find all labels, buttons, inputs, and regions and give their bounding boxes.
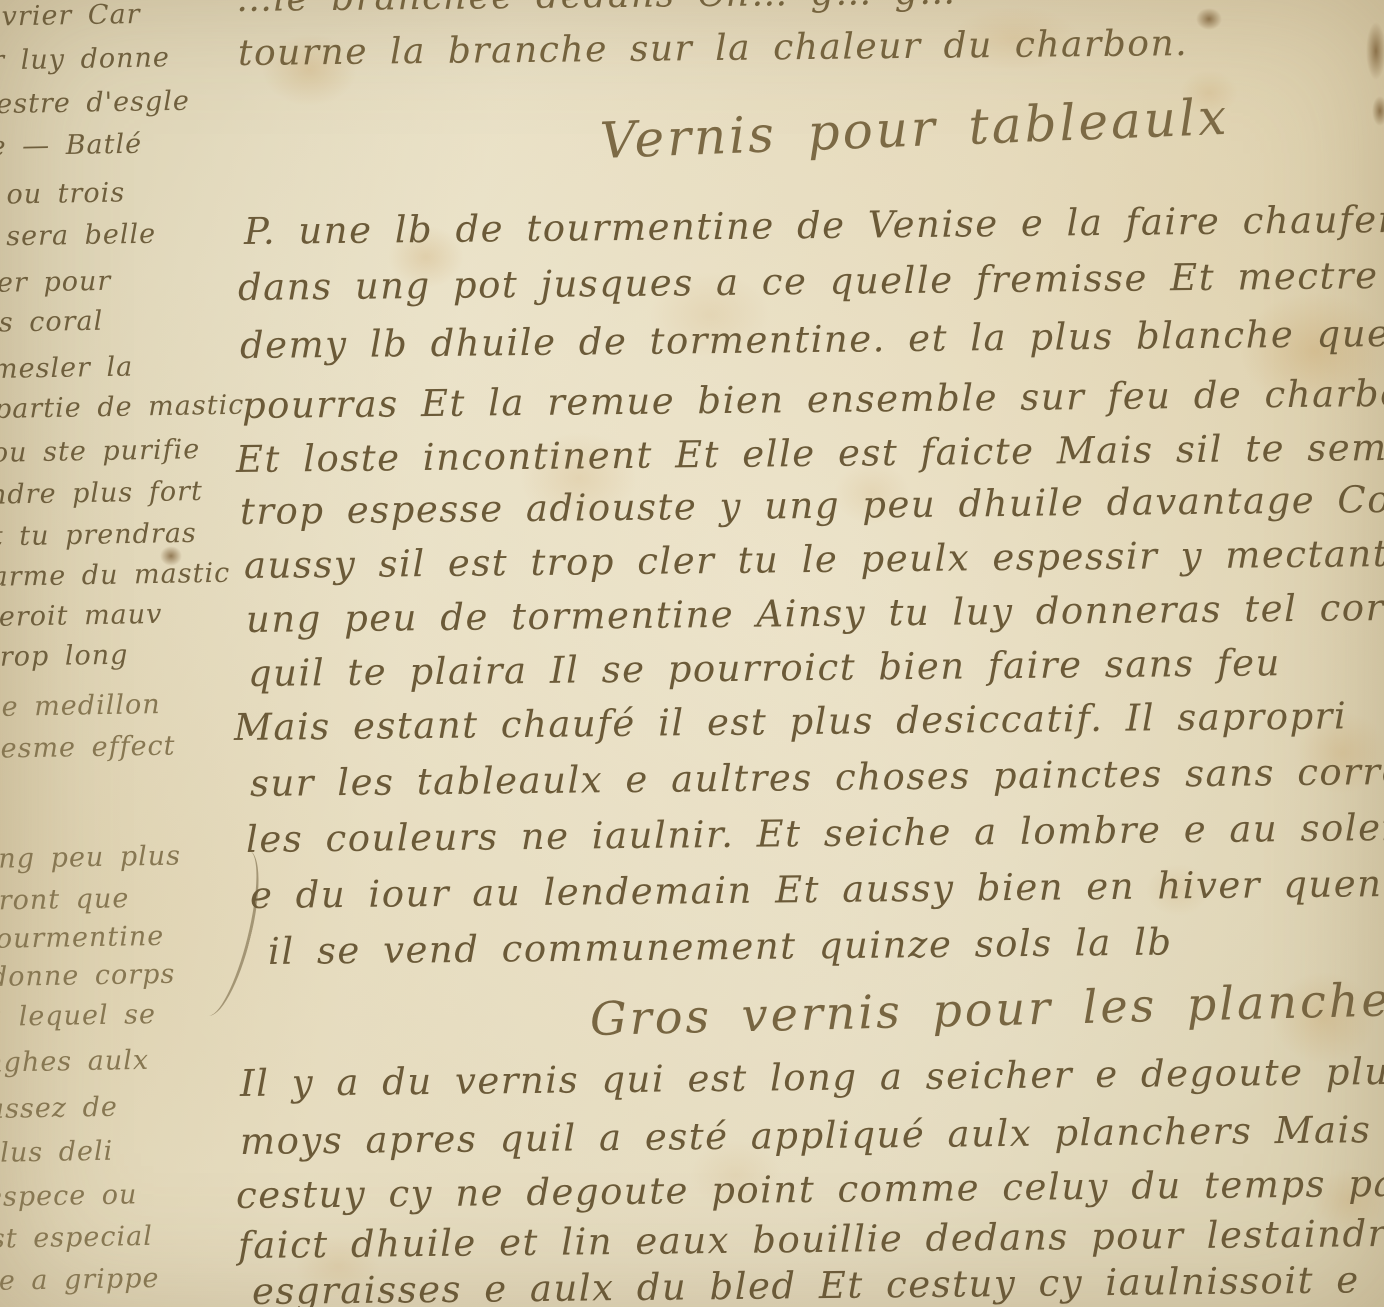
margin-line: le sera belle bbox=[0, 219, 156, 253]
margin-line: se a grippe bbox=[0, 1263, 160, 1297]
pen-flourish bbox=[186, 845, 271, 1021]
margin-line: espece ou bbox=[0, 1179, 138, 1213]
text-line: demy lb dhuile de tormentine. et la plus… bbox=[240, 313, 1384, 366]
margin-line: rou ste purifie bbox=[0, 434, 200, 469]
margin-line: s ou trois bbox=[0, 177, 125, 211]
text-line: aussy sil est trop cler tu le peulx espe… bbox=[244, 534, 1384, 587]
text-line: Et loste incontinent Et elle est faicte … bbox=[236, 427, 1384, 480]
text-line: tourne la branche sur la chaleur du char… bbox=[238, 24, 1189, 74]
margin-line: ung peu plus bbox=[0, 840, 181, 875]
margin-line: larme du mastic bbox=[0, 558, 230, 593]
margin-line: assez de bbox=[0, 1092, 118, 1125]
margin-line: est tu prendras bbox=[0, 518, 197, 553]
text-line: dans ung pot jusques a ce quelle fremiss… bbox=[238, 254, 1384, 308]
margin-line: a lequel se bbox=[0, 999, 156, 1033]
text-line: Mais estant chaufé il est plus desiccati… bbox=[234, 696, 1348, 748]
text-line: moys apres quil a esté appliqué aulx pla… bbox=[240, 1110, 1372, 1163]
margin-line: le medillon bbox=[0, 689, 161, 723]
text-line: quil te plaira Il se pourroict bien fair… bbox=[248, 643, 1281, 695]
margin-line: ible — Batlé bbox=[0, 129, 142, 163]
text-line: e du iour au lendemain Et aussy bien en … bbox=[250, 863, 1384, 917]
ink-speck bbox=[1366, 22, 1384, 80]
text-line: pourras Et la remue bien ensemble sur fe… bbox=[242, 374, 1384, 427]
text-line: cestuy cy ne degoute point comme celuy d… bbox=[236, 1161, 1384, 1217]
text-line: faict dhuile et lin eaux bouillie dedans… bbox=[238, 1213, 1384, 1266]
margin-line: onghes aulx bbox=[0, 1045, 149, 1079]
text-line: esgraisses e aulx du bled Et cestuy cy i… bbox=[252, 1259, 1384, 1307]
text-line: les couleurs ne iaulnir. Et seiche a lom… bbox=[246, 808, 1384, 861]
ink-speck bbox=[1196, 8, 1222, 30]
text-line: trop espesse adiouste y ung peu dhuile d… bbox=[240, 479, 1384, 533]
text-line: P. une lb de tourmentine de Venise e la … bbox=[244, 200, 1384, 253]
margin-line: tourmentine bbox=[0, 921, 164, 955]
margin-line: ger luy donne bbox=[0, 42, 170, 77]
margin-line: mesme effect bbox=[0, 730, 176, 765]
text-line: il se vend communement quinze sols la lb bbox=[268, 923, 1173, 973]
margin-line: seroit mauv bbox=[0, 599, 163, 633]
text-line: sur les tableaulx e aultres choses painc… bbox=[250, 751, 1384, 805]
text-line: …le branchée dedans Ch… g… g… bbox=[236, 0, 957, 20]
margin-line: est especial bbox=[0, 1221, 153, 1255]
ink-speck bbox=[1372, 96, 1384, 126]
margin-line: mesler la bbox=[0, 352, 134, 385]
margin-line: partie de mastic bbox=[0, 390, 245, 425]
margin-line: tes coral bbox=[0, 306, 104, 339]
section-heading-gros-vernis: Gros vernis pour les planchers bbox=[589, 971, 1384, 1046]
margin-line: ndront que bbox=[0, 883, 130, 917]
text-line: Il y a du vernis qui est long a seicher … bbox=[240, 1050, 1384, 1105]
margin-line: up estre d'esgle bbox=[0, 86, 190, 121]
margin-line: plus deli bbox=[0, 1136, 114, 1169]
section-heading-vernis-tableaulx: Vernis pour tableaulx bbox=[599, 88, 1230, 170]
text-line: ung peu de tormentine Ainsy tu luy donne… bbox=[246, 588, 1384, 641]
manuscript-page: …le branchée dedans Ch… g… g… tourne la … bbox=[0, 0, 1384, 1307]
margin-line: ouvrier Car bbox=[0, 0, 141, 33]
margin-line: endre plus fort bbox=[0, 476, 203, 511]
margin-line: fer pour bbox=[0, 266, 112, 299]
margin-line: trop long bbox=[0, 640, 129, 673]
margin-line: donne corps bbox=[0, 959, 176, 993]
